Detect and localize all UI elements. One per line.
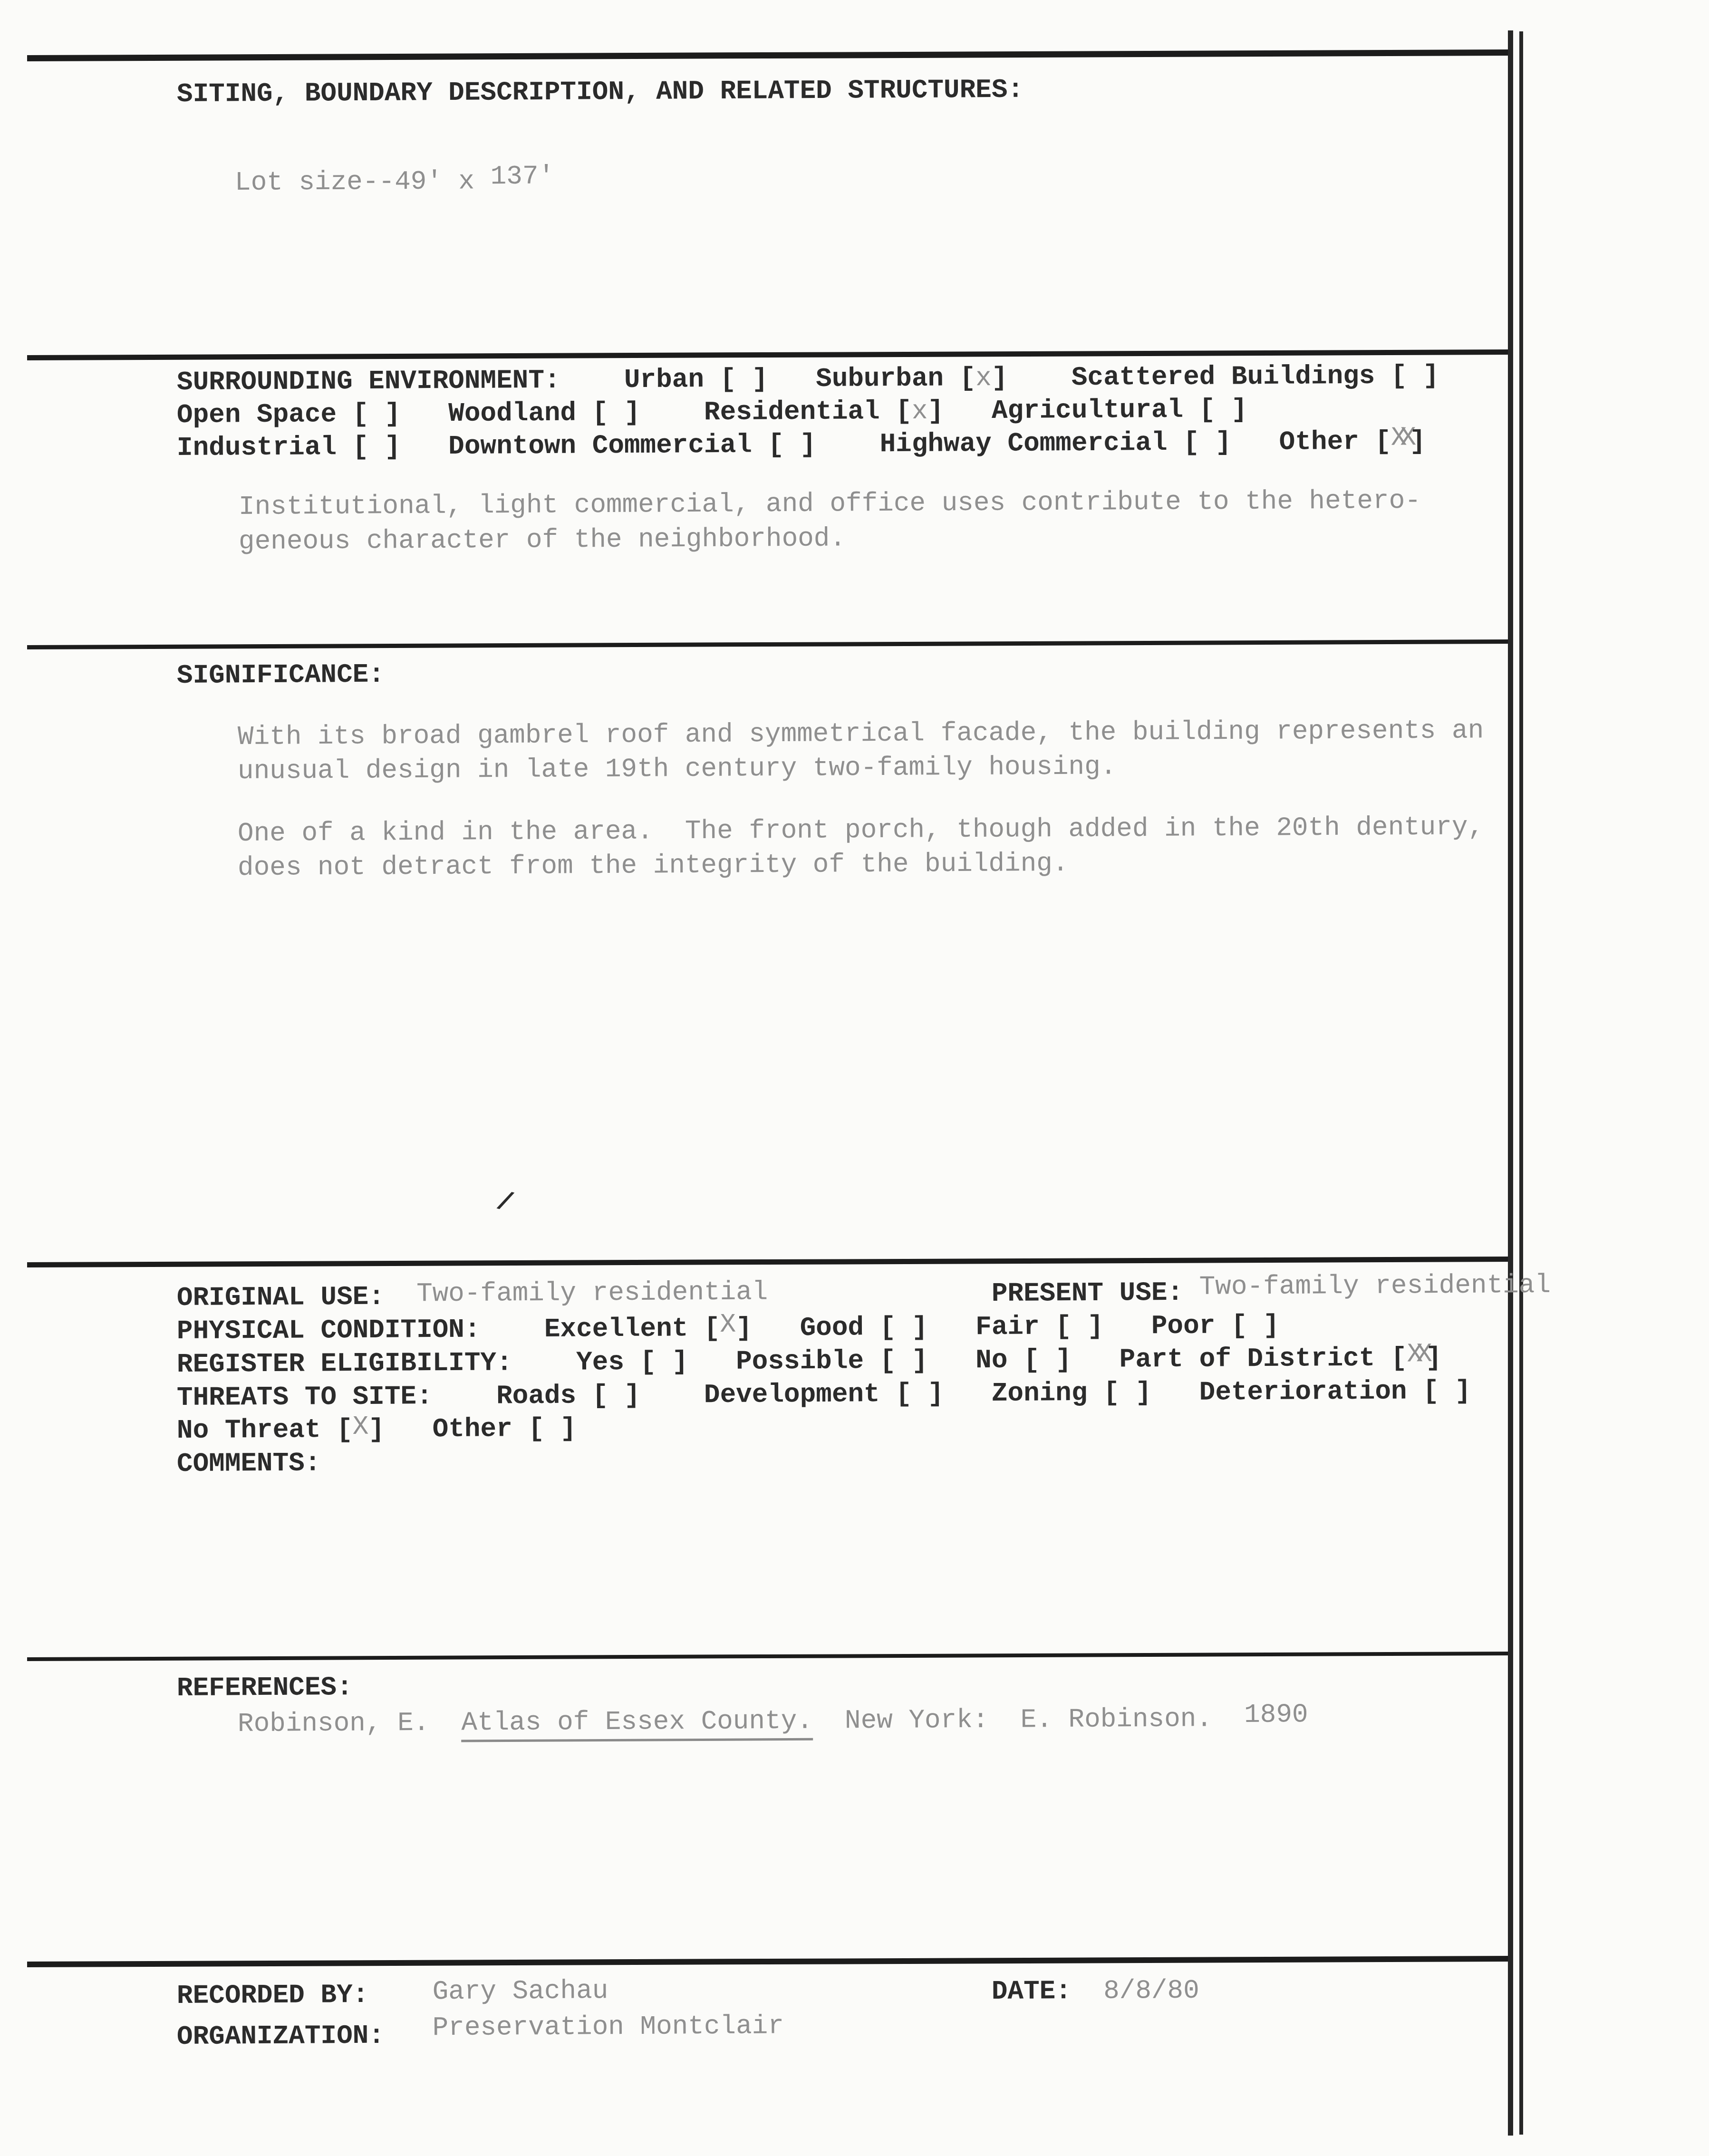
text-segment: ORGANIZATION:	[177, 2020, 433, 2052]
text-segment: 8/8/80	[1103, 1975, 1199, 2006]
text-segment: Gary Sachau	[432, 1975, 608, 2007]
text-segment: DATE:	[992, 1976, 1104, 2007]
text-segment	[608, 1976, 992, 2009]
typed-line: RECORDED BY: Gary Sachau DATE: 8/8/80	[177, 1977, 1199, 2009]
recorded-section: RECORDED BY: Gary Sachau DATE: 8/8/80ORG…	[0, 0, 1709, 2156]
scanned-survey-form-page: SITING, BOUNDARY DESCRIPTION, AND RELATE…	[0, 0, 1709, 2156]
typed-line: ORGANIZATION: Preservation Montclair	[177, 2020, 784, 2050]
text-segment: Preservation Montclair	[432, 2011, 784, 2043]
text-segment: RECORDED BY:	[177, 1979, 433, 2011]
